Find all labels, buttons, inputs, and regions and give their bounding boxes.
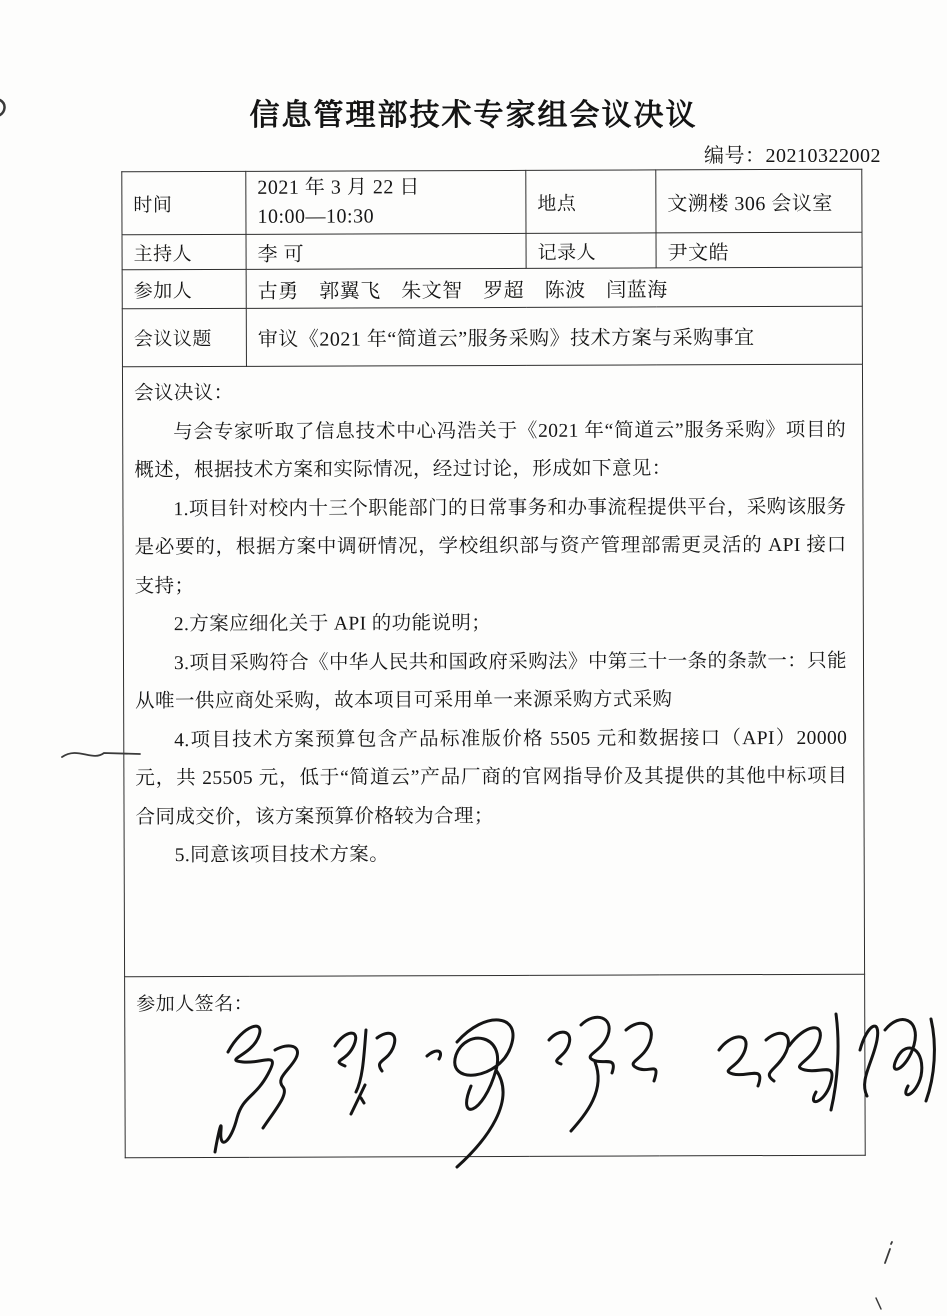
meeting-minutes-table: 时间 2021 年 3 月 22 日 10:00—10:30 地点 文溯楼 30… bbox=[121, 169, 865, 1159]
table-row-participants: 参加人 古勇 郭翼飞 朱文智 罗超 陈波 闫蓝海 bbox=[122, 267, 862, 309]
topic-value: 审议《2021 年“简道云”服务采购》技术方案与采购事宜 bbox=[246, 306, 862, 366]
document-number-value: 20210322002 bbox=[766, 145, 882, 167]
table-row-signatures: 参加人签名： bbox=[125, 974, 866, 1158]
participants-value: 古勇 郭翼飞 朱文智 罗超 陈波 闫蓝海 bbox=[246, 267, 862, 308]
resolution-paragraph: 与会专家听取了信息技术中心冯浩关于《2021 年“简道云”服务采购》项目的概述，… bbox=[134, 411, 846, 490]
host-value: 李 可 bbox=[246, 233, 526, 269]
document-title: 信息管理部技术专家组会议决议 bbox=[0, 90, 947, 134]
resolution-paragraph: 4.项目技术方案预算包含产品标准版价格 5505 元和数据接口（API）2000… bbox=[135, 719, 847, 837]
time-value: 2021 年 3 月 22 日 10:00—10:30 bbox=[246, 170, 526, 234]
table-row-resolution: 会议决议： 与会专家听取了信息技术中心冯浩关于《2021 年“简道云”服务采购》… bbox=[122, 364, 864, 977]
recorder-value: 尹文皓 bbox=[656, 232, 862, 268]
signature-label: 参加人签名： bbox=[136, 994, 253, 1015]
resolution-paragraph: 5.同意该项目技术方案。 bbox=[136, 835, 848, 876]
participants-label: 参加人 bbox=[122, 269, 246, 308]
document-number: 编号：20210322002 bbox=[704, 139, 881, 168]
table-row-host-recorder: 主持人 李 可 记录人 尹文皓 bbox=[122, 232, 862, 270]
resolution-paragraph: 3.项目采购符合《中华人民共和国政府采购法》中第三十一条的条款一：只能从唯一供应… bbox=[135, 642, 847, 721]
time-value-date: 2021 年 3 月 22 日 bbox=[257, 173, 517, 203]
scanned-page: 信息管理部技术专家组会议决议 编号：20210322002 时间 2021 年 … bbox=[0, 0, 947, 1316]
topic-label: 会议议题 bbox=[122, 308, 246, 366]
time-value-hours: 10:00—10:30 bbox=[257, 202, 517, 232]
resolution-cell: 会议决议： 与会专家听取了信息技术中心冯浩关于《2021 年“简道云”服务采购》… bbox=[122, 364, 864, 977]
resolution-paragraph: 2.方案应细化关于 API 的功能说明； bbox=[135, 604, 847, 645]
host-label: 主持人 bbox=[122, 234, 246, 269]
place-value: 文溯楼 306 会议室 bbox=[656, 169, 862, 233]
recorder-label: 记录人 bbox=[526, 233, 656, 268]
resolution-heading: 会议决议： bbox=[134, 373, 846, 414]
place-label: 地点 bbox=[526, 170, 656, 233]
time-label: 时间 bbox=[122, 171, 246, 234]
resolution-paragraph: 1.项目针对校内十三个职能部门的日常事务和办事流程提供平台，采购该服务是必要的，… bbox=[134, 488, 846, 606]
table-row-time-place: 时间 2021 年 3 月 22 日 10:00—10:30 地点 文溯楼 30… bbox=[122, 169, 862, 235]
table-row-topic: 会议议题 审议《2021 年“简道云”服务采购》技术方案与采购事宜 bbox=[122, 306, 862, 367]
document-number-label: 编号： bbox=[704, 145, 766, 167]
signature-cell: 参加人签名： bbox=[125, 974, 866, 1158]
